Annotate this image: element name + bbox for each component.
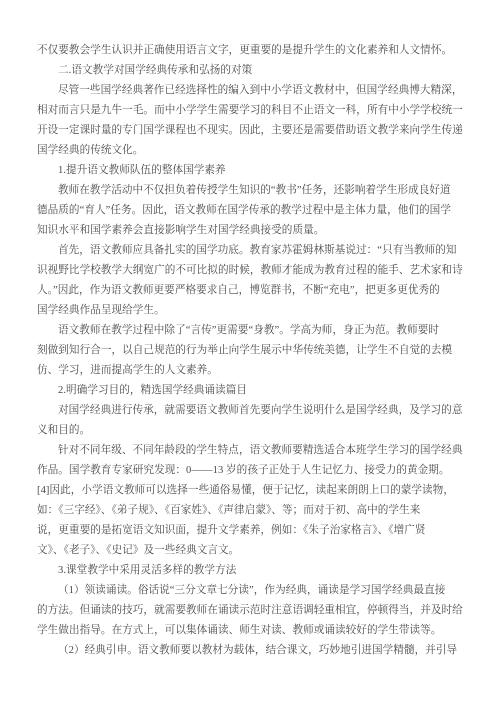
document-line: 人。”因此，作为语文教师更要严格要求自己，博览群书，不断“充电”，把更多更优秀的 [37, 281, 463, 301]
document-line: 对国学经典进行传承，就需要语文教师首先要向学生说明什么是国学经典，及学习的意 [37, 401, 463, 421]
document-line: 相对而言只是九牛一毛。而中小学学生需要学习的科目不止语文一科，所有中小学学校统一 [37, 101, 463, 121]
document-line: 识视野比学校教学大纲宽广的不可比拟的时候，教师才能成为教育过程的能手、艺术家和诗 [37, 261, 463, 281]
document-line: 开设一定课时量的专门国学课程也不现实。因此，主要还是需要借助语文教学来向学生传递 [37, 121, 463, 141]
document-line: [4]因此，小学语文教师可以选择一些通俗易懂，便于记忆，读起来朗朗上口的蒙学读物… [37, 481, 463, 501]
document-line: 作品。国学教育专家研究发现：0——13 岁的孩子正处于人生记忆力、接受力的黄金期… [37, 461, 463, 481]
document-line: 文》、《老子》、《史记》及一些经典文言文。 [37, 541, 463, 561]
document-line: （2）经典引申。语文教师要以教材为载体，结合课文，巧妙地引进国学精髓，并引导 [37, 641, 463, 661]
document-line: 国学经典作品呈现给学生。 [37, 301, 463, 321]
document-line: 学生做出指导。在方式上，可以集体诵读、师生对读、教师或诵读较好的学生带读等。 [37, 621, 463, 641]
document-line: 说，更重要的是拓宽语文知识面，提升文学素养，例如：《朱子治家格言》、《增广贤 [37, 521, 463, 541]
document-line: 语文教师在教学过程中除了“言传”更需要“身教”。学高为师，身正为范。教师要时 [37, 321, 463, 341]
document-line: 刻做到知行合一，以自己规范的行为举止向学生展示中华传统美德，让学生不自觉的去模 [37, 341, 463, 361]
document-line: 知识水平和国学素养会直接影响学生对国学经典接受的质量。 [37, 221, 463, 241]
document-body: 不仅要教会学生认识并正确使用语言文字，更重要的是提升学生的文化素养和人文情怀。二… [37, 41, 463, 661]
document-line: 二.语文教学对国学经典传承和弘扬的对策 [37, 61, 463, 81]
document-line: 仿、学习，进而提高学生的人文素养。 [37, 361, 463, 381]
document-line: 首先，语文教师应具备扎实的国学功底。教育家苏霍姆林斯基说过：“只有当教师的知 [37, 241, 463, 261]
document-page: 不仅要教会学生认识并正确使用语言文字，更重要的是提升学生的文化素养和人文情怀。二… [0, 0, 500, 707]
document-line: 2.明确学习目的，精选国学经典诵读篇目 [37, 381, 463, 401]
document-line: 国学经典的传统文化。 [37, 141, 463, 161]
document-line: 的方法。但诵读的技巧，就需要教师在诵读示范时注意语调轻重相宜，停顿得当，并及时给 [37, 601, 463, 621]
document-line: 针对不同年级、不同年龄段的学生特点，语文教师要精选适合本班学生学习的国学经典 [37, 441, 463, 461]
document-line: 3.课堂教学中采用灵活多样的教学方法 [37, 561, 463, 581]
document-line: （1）领读诵读。俗话说“三分文章七分读”，作为经典，诵读是学习国学经典最直接 [37, 581, 463, 601]
document-line: 如：《三字经》、《弟子规》、《百家姓》、《声律启蒙》、等；而对于初、高中的学生来 [37, 501, 463, 521]
document-line: 尽管一些国学经典著作已经选择性的编入到中小学语文教材中，但国学经典博大精深， [37, 81, 463, 101]
document-line: 1.提升语文教师队伍的整体国学素养 [37, 161, 463, 181]
document-line: 义和目的。 [37, 421, 463, 441]
document-line: 不仅要教会学生认识并正确使用语言文字，更重要的是提升学生的文化素养和人文情怀。 [37, 41, 463, 61]
document-line: 德品质的“育人”任务。因此，语文教师在国学传承的教学过程中是主体力量，他们的国学 [37, 201, 463, 221]
document-line: 教师在教学活动中不仅担负着传授学生知识的“教书”任务，还影响着学生形成良好道 [37, 181, 463, 201]
